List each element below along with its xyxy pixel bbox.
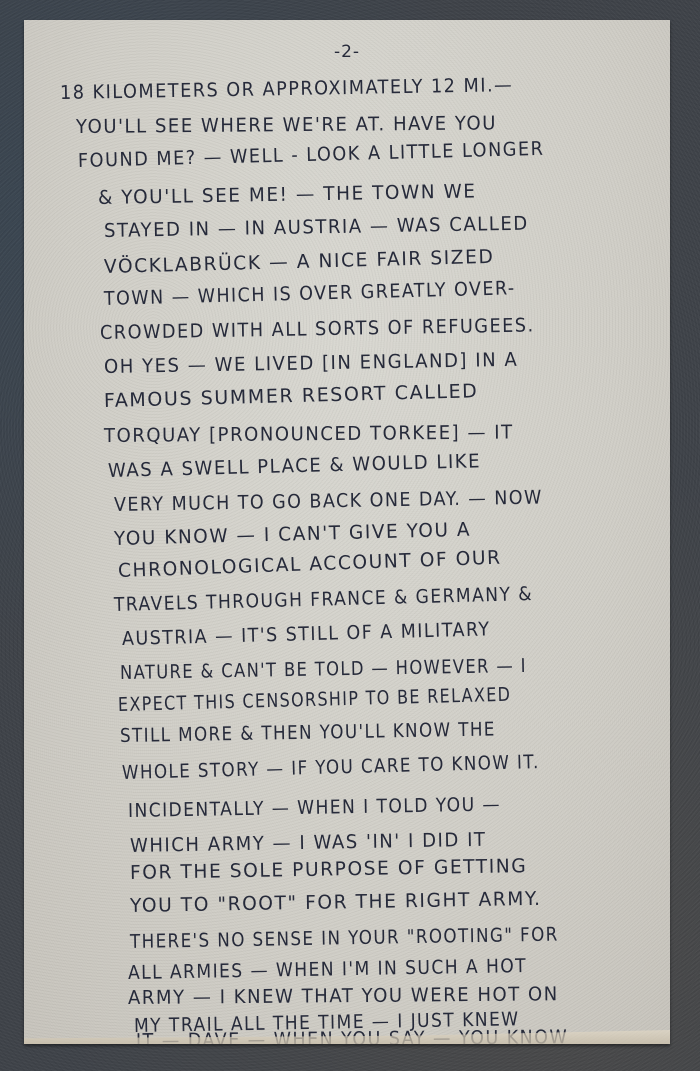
text-line: expect this censorship to be relaxed xyxy=(118,684,512,716)
text-line: you know — I can't give you a xyxy=(114,519,472,550)
text-line: all armies — when I'm in such a hot xyxy=(128,955,527,984)
text-line: for the sole purpose of getting xyxy=(130,855,528,884)
text-line: 18 Kilometers or approximately 12 mi.— xyxy=(60,74,514,104)
text-line: & you'll see me! — The town we xyxy=(98,180,477,209)
text-line: travels through France & Germany & xyxy=(114,583,534,616)
text-line: army — I knew that you were hot on xyxy=(128,983,559,1009)
text-line: Austria — it's still of a military xyxy=(122,618,491,650)
text-line: Torquay [pronounced Torkee] — it xyxy=(104,421,514,447)
text-line: There's no sense in your "rooting" for xyxy=(130,924,559,953)
letter-page: -2- 18 Kilometers or approximately 12 mi… xyxy=(24,20,670,1044)
text-line: whole story — if you care to know it. xyxy=(122,751,540,784)
text-line: very much to go back one day. — Now xyxy=(114,487,543,516)
text-line: famous summer resort called xyxy=(104,380,479,412)
text-line: which army — I was 'in' I did it xyxy=(130,829,487,857)
text-line: nature & can't be told — However — I xyxy=(120,655,527,684)
text-line: Vöcklabrück — A nice fair sized xyxy=(104,246,495,278)
text-line: chronological account of our xyxy=(118,547,502,582)
text-line: stayed in — in Austria — was called xyxy=(104,213,529,242)
text-line: was a swell place & would like xyxy=(108,450,482,482)
text-line: Oh yes — we lived [in England] in a xyxy=(104,349,519,378)
text-line: Incidentally — when I told you — xyxy=(128,793,501,822)
text-line: town — which is over greatly over- xyxy=(104,277,516,310)
text-line: found me? — Well - look a little longer xyxy=(78,138,545,172)
handwritten-text-body: 18 Kilometers or approximately 12 mi.— Y… xyxy=(24,20,670,1044)
text-line: You'll see where we're at. Have you xyxy=(76,112,497,138)
text-line: crowded with all sorts of refugees. xyxy=(100,314,535,344)
text-line: still more & then you'll know the xyxy=(120,718,496,747)
text-line: you to "root" for the right army. xyxy=(130,888,542,917)
